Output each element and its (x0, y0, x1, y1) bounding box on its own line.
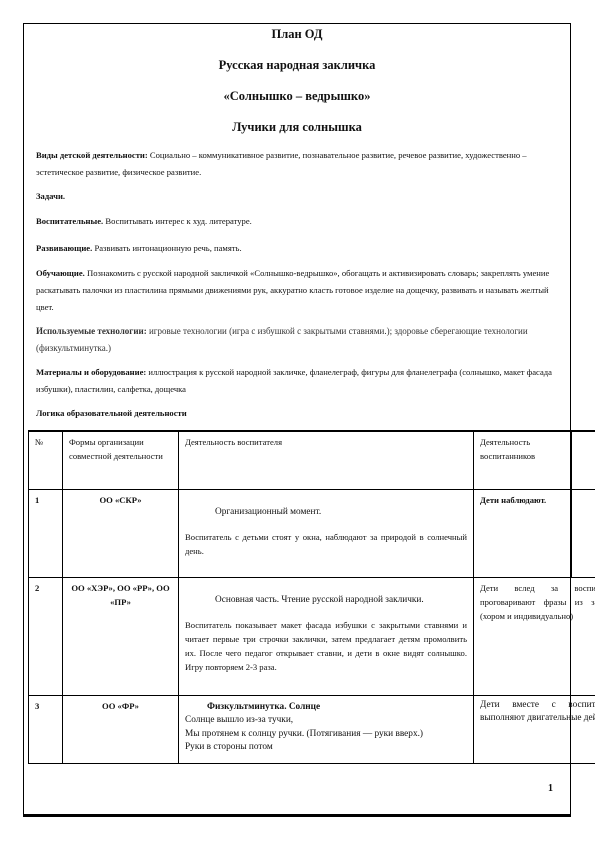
row-overflow-cell (572, 489, 595, 577)
row-children: Дети вместе с воспитателем выполняют дви… (474, 695, 595, 763)
educational-text: Воспитывать интерес к худ. литературе. (105, 216, 251, 226)
plan-title: План ОД (23, 27, 571, 42)
row-children: Дети вслед за воспитателем проговаривают… (474, 577, 595, 695)
materials-paragraph: Материалы и оборудование: иллюстрация к … (36, 364, 561, 398)
row-teacher-heading: Физкультминутка. Солнце (185, 701, 467, 715)
header-teacher: Деятельность воспитателя (179, 431, 474, 489)
lesson-table: № Формы организации совместной деятельно… (28, 430, 595, 764)
header-overflow-cell (572, 431, 595, 489)
row-forms: ОО «ХЭР», ОО «РР», ОО «ПР» (63, 577, 179, 695)
teaching-text: Познакомить с русской народной закличкой… (36, 268, 549, 312)
developing-paragraph: Развивающие. Развивать интонационную реч… (36, 240, 561, 257)
table-row: 3 ОО «ФР» Физкультминутка. Солнце Солнце… (29, 695, 595, 763)
subtitle: Русская народная закличка (23, 58, 571, 73)
row-number: 1 (29, 489, 63, 577)
table-header-row: № Формы организации совместной деятельно… (29, 431, 595, 489)
teaching-paragraph: Обучающие. Познакомить с русской народно… (36, 265, 561, 316)
logic-label: Логика образовательной деятельности (36, 408, 187, 418)
poem-line: Солнце вышло из-за тучки, (185, 714, 467, 728)
activities-paragraph: Виды детской деятельности: Социально – к… (36, 147, 561, 181)
tasks-heading: Задачи. (36, 188, 561, 205)
table-row: 1 ОО «СКР» Организационный момент. Воспи… (29, 489, 595, 577)
page-number: 1 (548, 783, 553, 794)
tasks-label: Задачи. (36, 191, 65, 201)
materials-label: Материалы и оборудование: (36, 367, 146, 377)
row-teacher-text: Воспитатель с детьми стоят у окна, наблю… (185, 530, 467, 558)
developing-text: Развивать интонационную речь, память. (94, 243, 241, 253)
educational-paragraph: Воспитательные. Воспитывать интерес к ху… (36, 213, 561, 230)
educational-label: Воспитательные. (36, 216, 103, 226)
poem-line: Руки в стороны потом (185, 741, 467, 755)
header-children: Деятельность воспитанников (474, 431, 572, 489)
row-teacher-cell: Организационный момент. Воспитатель с де… (179, 489, 474, 577)
header-forms: Формы организации совместной деятельност… (63, 431, 179, 489)
row-number: 3 (29, 695, 63, 763)
technologies-paragraph: Используемые технологии: игровые техноло… (36, 323, 561, 357)
header-number: № (29, 431, 63, 489)
poem-line: Мы протянем к солнцу ручки. (Потягивания… (185, 728, 467, 742)
activities-label: Виды детской деятельности: (36, 150, 148, 160)
technologies-label: Используемые технологии: (36, 326, 147, 336)
row-teacher-cell: Физкультминутка. Солнце Солнце вышло из-… (179, 695, 474, 763)
row-forms: ОО «СКР» (63, 489, 179, 577)
lesson-title: Лучики для солнышка (23, 120, 571, 135)
row-teacher-heading: Организационный момент. (185, 505, 467, 520)
logic-heading: Логика образовательной деятельности (36, 405, 561, 422)
rhyme-title: «Солнышко – ведрышко» (23, 89, 571, 104)
row-teacher-text: Воспитатель показывает макет фасада избу… (185, 618, 467, 674)
table-row: 2 ОО «ХЭР», ОО «РР», ОО «ПР» Основная ча… (29, 577, 595, 695)
row-forms: ОО «ФР» (63, 695, 179, 763)
row-teacher-heading: Основная часть. Чтение русской народной … (185, 593, 467, 608)
teaching-label: Обучающие. (36, 268, 85, 278)
developing-label: Развивающие. (36, 243, 92, 253)
row-number: 2 (29, 577, 63, 695)
row-children: Дети наблюдают. (474, 489, 572, 577)
row-teacher-cell: Основная часть. Чтение русской народной … (179, 577, 474, 695)
